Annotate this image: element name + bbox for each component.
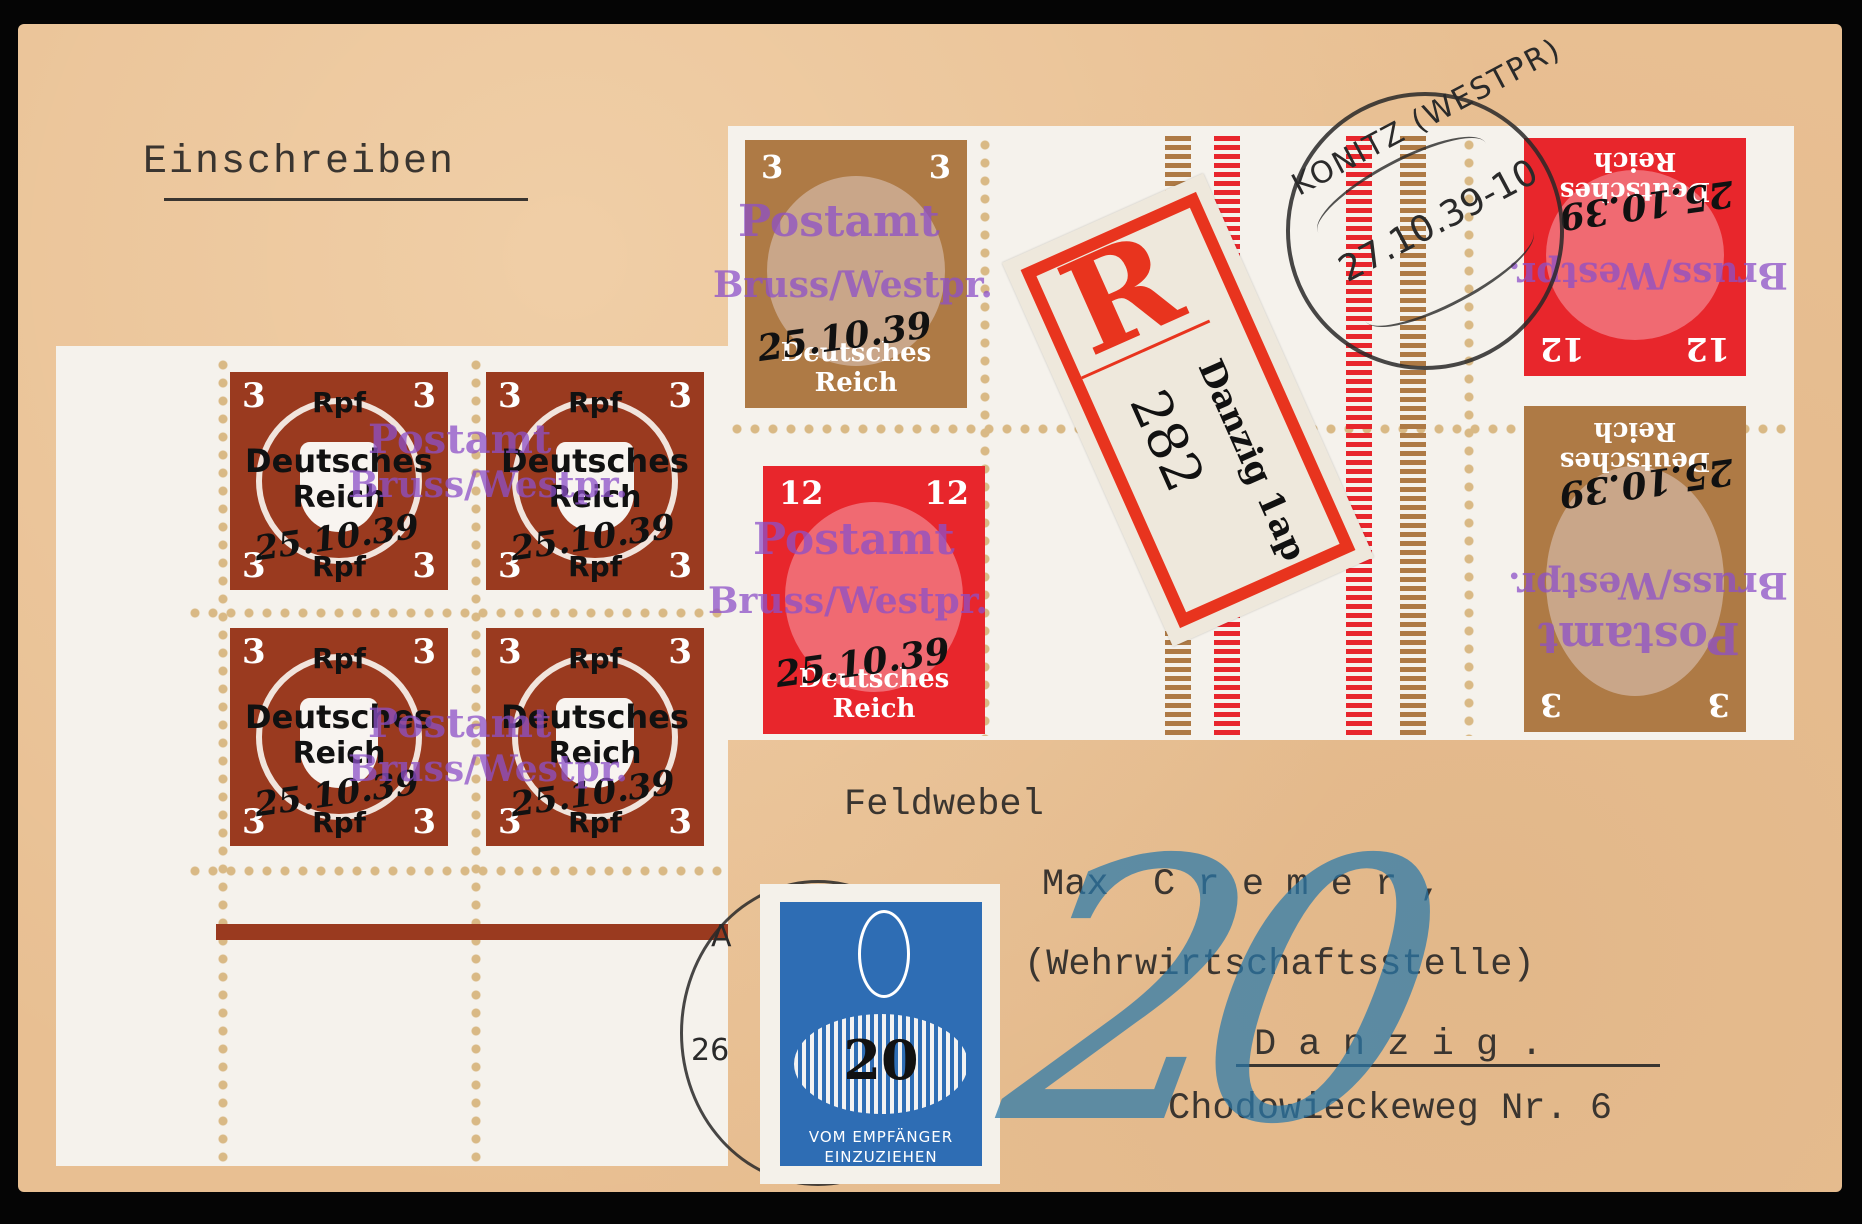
annotation-underline: [164, 198, 528, 201]
cachet-inverted-lower-postamt: Postamt: [1538, 612, 1740, 663]
cachet-town-hindenburg-upper: Bruss/Westpr.: [713, 264, 993, 306]
cachet-town-danzig-lower: Bruss/Westpr.: [348, 748, 628, 790]
cachet-postamt-hindenburg-lower: Postamt: [753, 514, 955, 565]
recipient-rank: Feldwebel: [844, 784, 1044, 826]
postage-due-stamp: 20 VOM EMPFÄNGER EINZUZIEHEN: [760, 884, 1000, 1184]
sheet-margin-bar: [216, 924, 728, 940]
cachet-postamt-hindenburg-upper: Postamt: [738, 196, 940, 247]
cachet-postamt-danzig-lower: Postamt: [368, 700, 551, 747]
cachet-town-danzig-upper: Bruss/Westpr.: [348, 464, 628, 506]
cachet-town-hindenburg-lower: Bruss/Westpr.: [708, 580, 988, 622]
danzig-arms-icon: [858, 910, 910, 998]
cachet-inverted-lower-town: Bruss/Westpr.: [1508, 564, 1788, 606]
envelope: Einschreiben 3 3 3 3 Rpf Deutsches Reich…: [18, 24, 1842, 1192]
handwritten-due-mark: 20: [986, 814, 1428, 1174]
cachet-postamt-danzig-upper: Postamt: [368, 416, 551, 463]
registered-annotation: Einschreiben: [143, 140, 455, 185]
postage-due-value: 20: [780, 1028, 982, 1092]
